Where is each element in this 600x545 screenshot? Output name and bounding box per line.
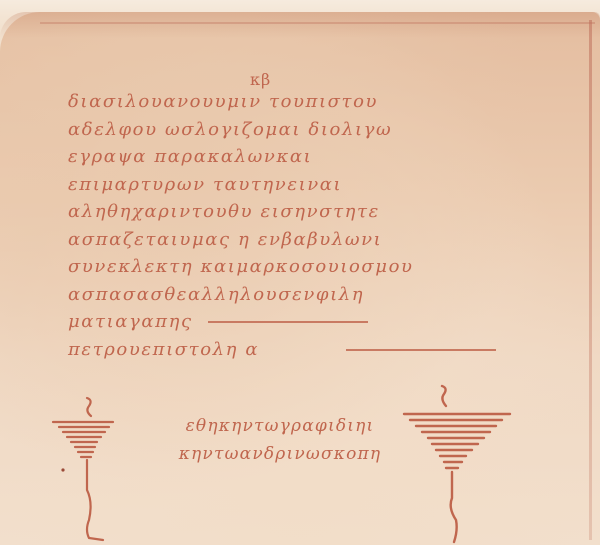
text-line: εγραψα παρακαλωνκαι	[68, 143, 538, 171]
text-line: επιμαρτυρων ταυτηνειναι	[68, 171, 538, 199]
top-ruling-line	[40, 22, 595, 24]
text-line: ασπαζεταιυμας η ενβαβυλωνι	[68, 226, 538, 254]
text-line-with-filler: ματιαγαπης	[68, 308, 538, 336]
text-line-content: πετρουεπιστολη α	[68, 339, 259, 360]
text-line: διασιλουανουυμιν τουπιστου	[68, 88, 538, 116]
colophon: εθηκηντωγραφιδιηι κηντωανδρινωσκοπη	[135, 412, 425, 468]
text-line: ασπασασθεαλληλουσενφιλη	[68, 281, 538, 309]
text-line: συνεκλεκτη καιμαρκοσουιοσμου	[68, 253, 538, 281]
text-line: αληθηχαριντουθυ εισηνστητε	[68, 198, 538, 226]
right-cone-ornament-icon	[398, 384, 518, 544]
folio-number: κβ	[250, 70, 271, 89]
line-filler-mark	[346, 349, 496, 351]
colophon-line: κηντωανδρινωσκοπη	[135, 440, 425, 468]
book-subscription-line: πετρουεπιστολη α	[68, 336, 538, 364]
text-line: αδελφου ωσλογιζομαι διολιγω	[68, 116, 538, 144]
text-line-content: ματιαγαπης	[68, 311, 193, 332]
manuscript-text: διασιλουανουυμιν τουπιστου αδελφου ωσλογ…	[68, 88, 538, 363]
colophon-line: εθηκηντωγραφιδιηι	[135, 412, 425, 440]
line-filler-mark	[208, 321, 368, 323]
left-cone-ornament-icon	[45, 392, 125, 542]
right-ruling-line	[589, 20, 592, 540]
